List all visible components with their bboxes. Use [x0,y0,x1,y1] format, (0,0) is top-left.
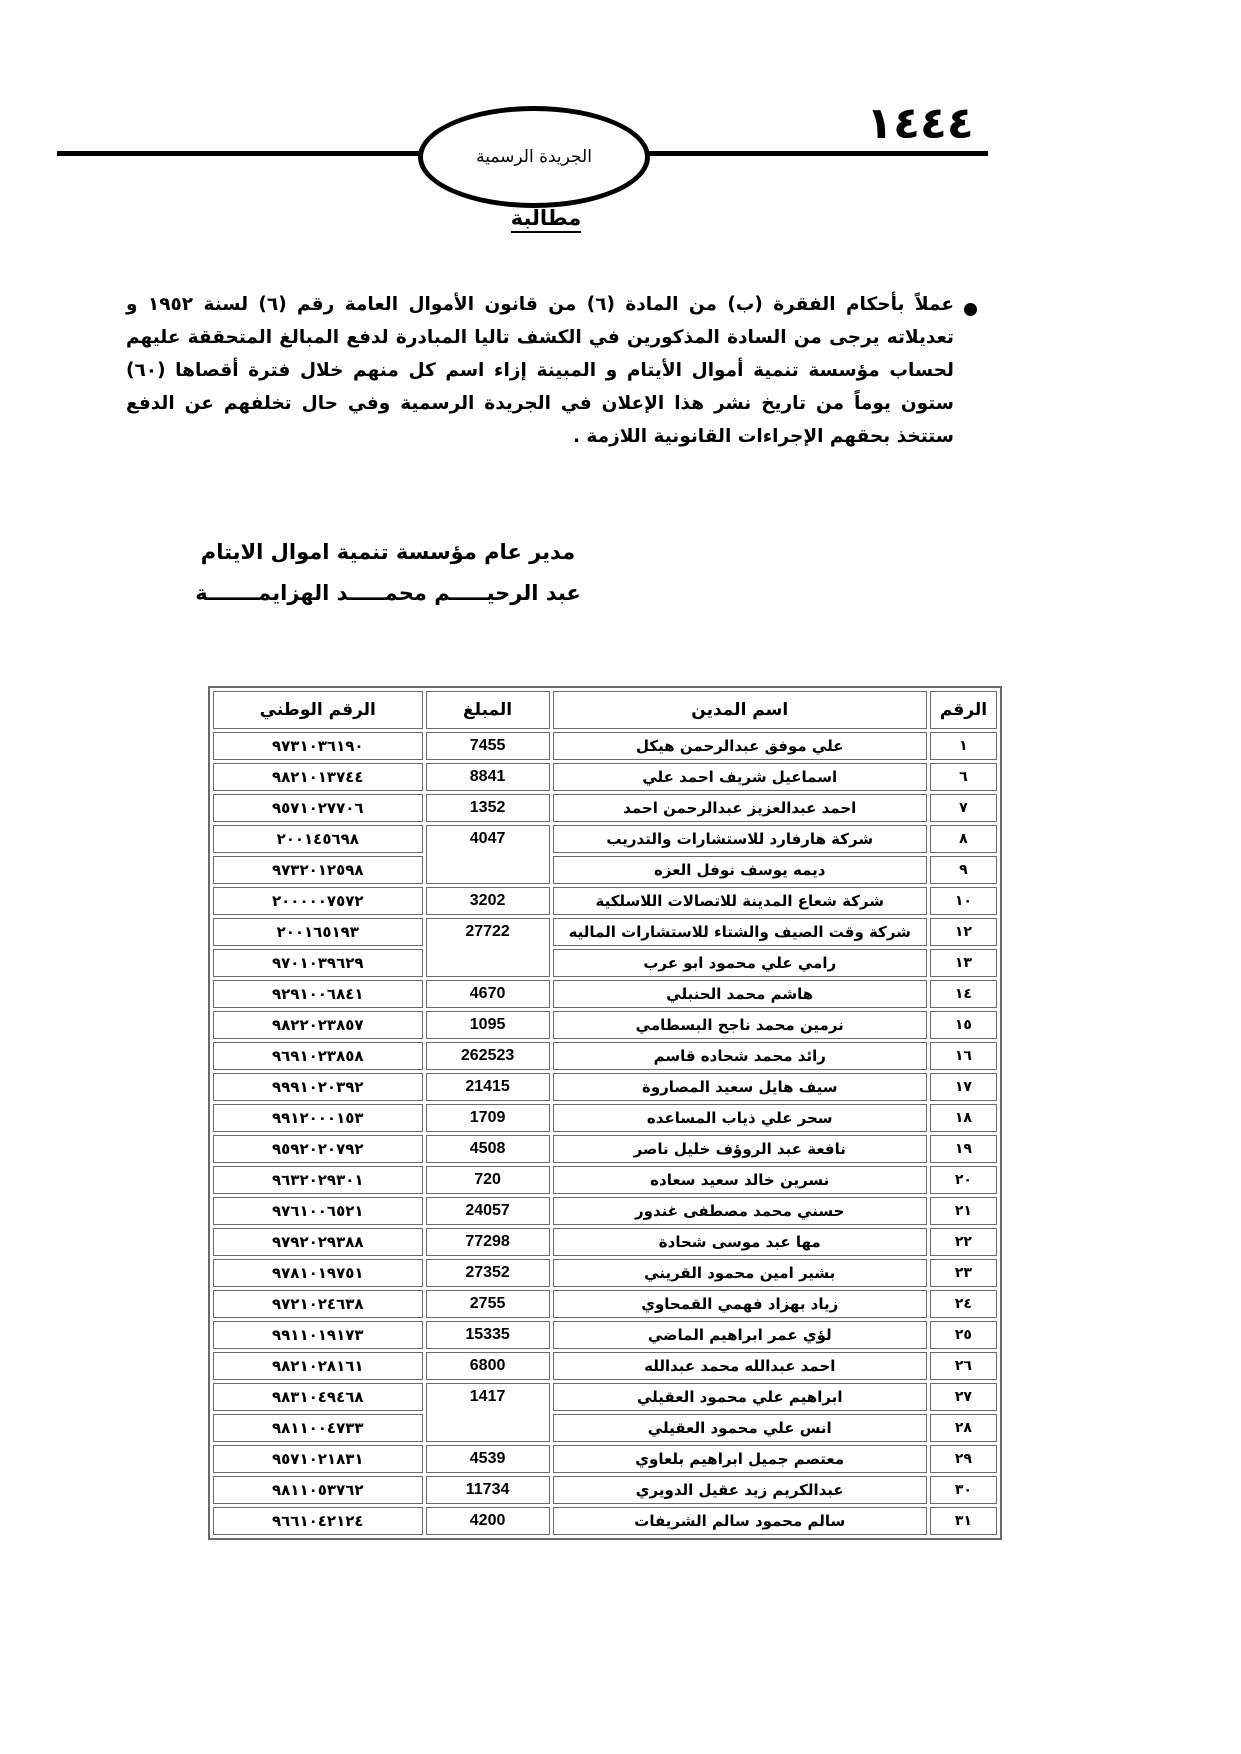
amount-cell: 8841 [426,763,550,791]
national-id-cell: ٩٧٨١٠١٩٧٥١ [213,1259,423,1287]
row-number-cell: ٦ [930,763,997,791]
table-row: ١٣رامي علي محمود ابو عرب٩٧٠١٠٣٩٦٢٩ [213,949,997,977]
national-id-cell: ٩٦٣٢٠٢٩٣٠١ [213,1166,423,1194]
national-id-cell: ٩٧٣٢٠١٢٥٩٨ [213,856,423,884]
signature-block: مدير عام مؤسسة تنمية اموال الايتام عبد ا… [128,540,648,622]
amount-cell: 4047 [426,825,550,884]
amount-cell: 1417 [426,1383,550,1442]
debtor-name-cell: شركة وقت الصيف والشتاء للاستشارات المالي… [553,918,927,946]
debtor-name-cell: نسرين خالد سعيد سعاده [553,1166,927,1194]
row-number-cell: ١٦ [930,1042,997,1070]
debtors-table: الرقم اسم المدين المبلغ الرقم الوطني ١عل… [208,686,1002,1540]
national-id-cell: ٢٠٠٠٠٠٧٥٧٢ [213,887,423,915]
national-id-cell: ٩٧٩٢٠٢٩٣٨٨ [213,1228,423,1256]
table-row: ٦اسماعيل شريف احمد علي8841٩٨٢١٠١٣٧٤٤ [213,763,997,791]
amount-cell: 27352 [426,1259,550,1287]
amount-cell: 15335 [426,1321,550,1349]
row-number-cell: ٢٣ [930,1259,997,1287]
row-number-cell: ١٤ [930,980,997,1008]
debtor-name-cell: شركة شعاع المدينة للاتصالات اللاسلكية [553,887,927,915]
table-row: ١٧سيف هايل سعيد المصاروة21415٩٩٩١٠٢٠٣٩٢ [213,1073,997,1101]
col-header-national-id: الرقم الوطني [213,691,423,729]
amount-cell: 4508 [426,1135,550,1163]
row-number-cell: ١٨ [930,1104,997,1132]
debtor-name-cell: بشير امين محمود القريني [553,1259,927,1287]
national-id-cell: ٩٧٢١٠٢٤٦٣٨ [213,1290,423,1318]
debtor-name-cell: شركة هارفارد للاستشارات والتدريب [553,825,927,853]
page-number: ١٤٤٤ [840,98,1000,149]
amount-cell: 3202 [426,887,550,915]
col-header-name: اسم المدين [553,691,927,729]
national-id-cell: ٩٩١٢٠٠٠١٥٣ [213,1104,423,1132]
table-row: ١٨سحر علي ذياب المساعده1709٩٩١٢٠٠٠١٥٣ [213,1104,997,1132]
table-row: ٩ديمه يوسف نوفل العزه٩٧٣٢٠١٢٥٩٨ [213,856,997,884]
amount-cell: 4539 [426,1445,550,1473]
national-id-cell: ٩٨٢١٠٢٨١٦١ [213,1352,423,1380]
national-id-cell: ٩٧٠١٠٣٩٦٢٩ [213,949,423,977]
table-row: ٣٠عبدالكريم زيد عقيل الدويري11734٩٨١١٠٥٣… [213,1476,997,1504]
national-id-cell: ٩٧٣١٠٣٦١٩٠ [213,732,423,760]
national-id-cell: ٩٨١١٠٥٣٧٦٢ [213,1476,423,1504]
row-number-cell: ٨ [930,825,997,853]
national-id-cell: ٩٧٦١٠٠٦٥٢١ [213,1197,423,1225]
national-id-cell: ٩٦٦١٠٤٢١٢٤ [213,1507,423,1535]
row-number-cell: ٢٤ [930,1290,997,1318]
debtor-name-cell: نافعة عبد الروؤف خليل ناصر [553,1135,927,1163]
debtor-name-cell: حسني محمد مصطفى غندور [553,1197,927,1225]
table-row: ١علي موفق عبدالرحمن هيكل7455٩٧٣١٠٣٦١٩٠ [213,732,997,760]
table-row: ٢٨انس علي محمود العقيلي٩٨١١٠٠٤٧٣٣ [213,1414,997,1442]
row-number-cell: ١٣ [930,949,997,977]
debtor-name-cell: معتصم جميل ابراهيم بلعاوي [553,1445,927,1473]
national-id-cell: ٢٠٠١٤٥٦٩٨ [213,825,423,853]
national-id-cell: ٩٨٢١٠١٣٧٤٤ [213,763,423,791]
table-row: ٨شركة هارفارد للاستشارات والتدريب4047٢٠٠… [213,825,997,853]
bullet-icon [964,303,977,316]
row-number-cell: ١ [930,732,997,760]
amount-cell: 262523 [426,1042,550,1070]
row-number-cell: ٩ [930,856,997,884]
masthead-label: الجريدة الرسمية [476,147,592,167]
national-id-cell: ٩٢٩١٠٠٦٨٤١ [213,980,423,1008]
table-row: ٢٢مها عبد موسى شحادة77298٩٧٩٢٠٢٩٣٨٨ [213,1228,997,1256]
table-row: ١٥نرمين محمد ناجح البسطامي1095٩٨٢٢٠٢٣٨٥٧ [213,1011,997,1039]
col-header-amount: المبلغ [426,691,550,729]
table-row: ٢٩معتصم جميل ابراهيم بلعاوي4539٩٥٧١٠٢١٨٣… [213,1445,997,1473]
amount-cell: 4200 [426,1507,550,1535]
table-row: ٢٣بشير امين محمود القريني27352٩٧٨١٠١٩٧٥١ [213,1259,997,1287]
national-id-cell: ٩٥٩٢٠٢٠٧٩٢ [213,1135,423,1163]
row-number-cell: ٧ [930,794,997,822]
amount-cell: 21415 [426,1073,550,1101]
page-title: مطالبة [0,206,1092,230]
notice-paragraph: عملاً بأحكام الفقرة (ب) من المادة (٦) من… [126,288,954,453]
table-row: ١٠شركة شعاع المدينة للاتصالات اللاسلكية3… [213,887,997,915]
row-number-cell: ١٩ [930,1135,997,1163]
row-number-cell: ٢٩ [930,1445,997,1473]
debtor-name-cell: رائد محمد شحاده قاسم [553,1042,927,1070]
table-row: ٢٥لؤي عمر ابراهيم الماضي15335٩٩١١٠١٩١٧٣ [213,1321,997,1349]
col-header-number: الرقم [930,691,997,729]
debtor-name-cell: هاشم محمد الحنبلي [553,980,927,1008]
debtor-name-cell: رامي علي محمود ابو عرب [553,949,927,977]
table-row: ٢١حسني محمد مصطفى غندور24057٩٧٦١٠٠٦٥٢١ [213,1197,997,1225]
debtors-table-body: ١علي موفق عبدالرحمن هيكل7455٩٧٣١٠٣٦١٩٠٦ا… [213,732,997,1535]
row-number-cell: ٢٦ [930,1352,997,1380]
row-number-cell: ٢٢ [930,1228,997,1256]
amount-cell: 6800 [426,1352,550,1380]
table-header-row: الرقم اسم المدين المبلغ الرقم الوطني [213,691,997,729]
table-row: ١٩نافعة عبد الروؤف خليل ناصر4508٩٥٩٢٠٢٠٧… [213,1135,997,1163]
row-number-cell: ٣٠ [930,1476,997,1504]
debtor-name-cell: لؤي عمر ابراهيم الماضي [553,1321,927,1349]
table-row: ٢٧ابراهيم علي محمود العقيلي1417٩٨٣١٠٤٩٤٦… [213,1383,997,1411]
debtor-name-cell: سيف هايل سعيد المصاروة [553,1073,927,1101]
amount-cell: 11734 [426,1476,550,1504]
table-row: ٢٠نسرين خالد سعيد سعاده720٩٦٣٢٠٢٩٣٠١ [213,1166,997,1194]
row-number-cell: ٢٠ [930,1166,997,1194]
row-number-cell: ٣١ [930,1507,997,1535]
masthead-ellipse: الجريدة الرسمية [418,106,650,208]
row-number-cell: ٢٧ [930,1383,997,1411]
national-id-cell: ٩٨٢٢٠٢٣٨٥٧ [213,1011,423,1039]
amount-cell: 1709 [426,1104,550,1132]
debtor-name-cell: نرمين محمد ناجح البسطامي [553,1011,927,1039]
debtor-name-cell: انس علي محمود العقيلي [553,1414,927,1442]
national-id-cell: ٢٠٠١٦٥١٩٣ [213,918,423,946]
debtor-name-cell: زياد بهزاد فهمي القمحاوي [553,1290,927,1318]
debtor-name-cell: عبدالكريم زيد عقيل الدويري [553,1476,927,1504]
amount-cell: 1352 [426,794,550,822]
national-id-cell: ٩٥٧١٠٢١٨٣١ [213,1445,423,1473]
amount-cell: 720 [426,1166,550,1194]
national-id-cell: ٩٩٩١٠٢٠٣٩٢ [213,1073,423,1101]
debtor-name-cell: احمد عبدالله محمد عبدالله [553,1352,927,1380]
signature-title: مدير عام مؤسسة تنمية اموال الايتام [128,540,648,564]
national-id-cell: ٩٦٩١٠٢٣٨٥٨ [213,1042,423,1070]
table-row: ٣١سالم محمود سالم الشريفات4200٩٦٦١٠٤٢١٢٤ [213,1507,997,1535]
debtor-name-cell: سحر علي ذياب المساعده [553,1104,927,1132]
table-row: ١٤هاشم محمد الحنبلي4670٩٢٩١٠٠٦٨٤١ [213,980,997,1008]
debtor-name-cell: اسماعيل شريف احمد علي [553,763,927,791]
table-row: ١٦رائد محمد شحاده قاسم262523٩٦٩١٠٢٣٨٥٨ [213,1042,997,1070]
amount-cell: 7455 [426,732,550,760]
amount-cell: 1095 [426,1011,550,1039]
national-id-cell: ٩٨١١٠٠٤٧٣٣ [213,1414,423,1442]
debtor-name-cell: مها عبد موسى شحادة [553,1228,927,1256]
debtor-name-cell: علي موفق عبدالرحمن هيكل [553,732,927,760]
debtor-name-cell: سالم محمود سالم الشريفات [553,1507,927,1535]
table-row: ١٢شركة وقت الصيف والشتاء للاستشارات الما… [213,918,997,946]
national-id-cell: ٩٩١١٠١٩١٧٣ [213,1321,423,1349]
row-number-cell: ١٠ [930,887,997,915]
national-id-cell: ٩٥٧١٠٢٧٧٠٦ [213,794,423,822]
debtor-name-cell: ابراهيم علي محمود العقيلي [553,1383,927,1411]
table-row: ٢٦احمد عبدالله محمد عبدالله6800٩٨٢١٠٢٨١٦… [213,1352,997,1380]
amount-cell: 27722 [426,918,550,977]
table-row: ٧احمد عبدالعزيز عبدالرحمن احمد1352٩٥٧١٠٢… [213,794,997,822]
signature-name: عبد الرحيـــــم محمـــــد الهزايمـــــــ… [128,581,648,605]
debtor-name-cell: احمد عبدالعزيز عبدالرحمن احمد [553,794,927,822]
row-number-cell: ١٧ [930,1073,997,1101]
row-number-cell: ٢٨ [930,1414,997,1442]
debtor-name-cell: ديمه يوسف نوفل العزه [553,856,927,884]
row-number-cell: ١٢ [930,918,997,946]
table-row: ٢٤زياد بهزاد فهمي القمحاوي2755٩٧٢١٠٢٤٦٣٨ [213,1290,997,1318]
row-number-cell: ٢٥ [930,1321,997,1349]
amount-cell: 2755 [426,1290,550,1318]
national-id-cell: ٩٨٣١٠٤٩٤٦٨ [213,1383,423,1411]
amount-cell: 4670 [426,980,550,1008]
amount-cell: 77298 [426,1228,550,1256]
row-number-cell: ١٥ [930,1011,997,1039]
amount-cell: 24057 [426,1197,550,1225]
row-number-cell: ٢١ [930,1197,997,1225]
